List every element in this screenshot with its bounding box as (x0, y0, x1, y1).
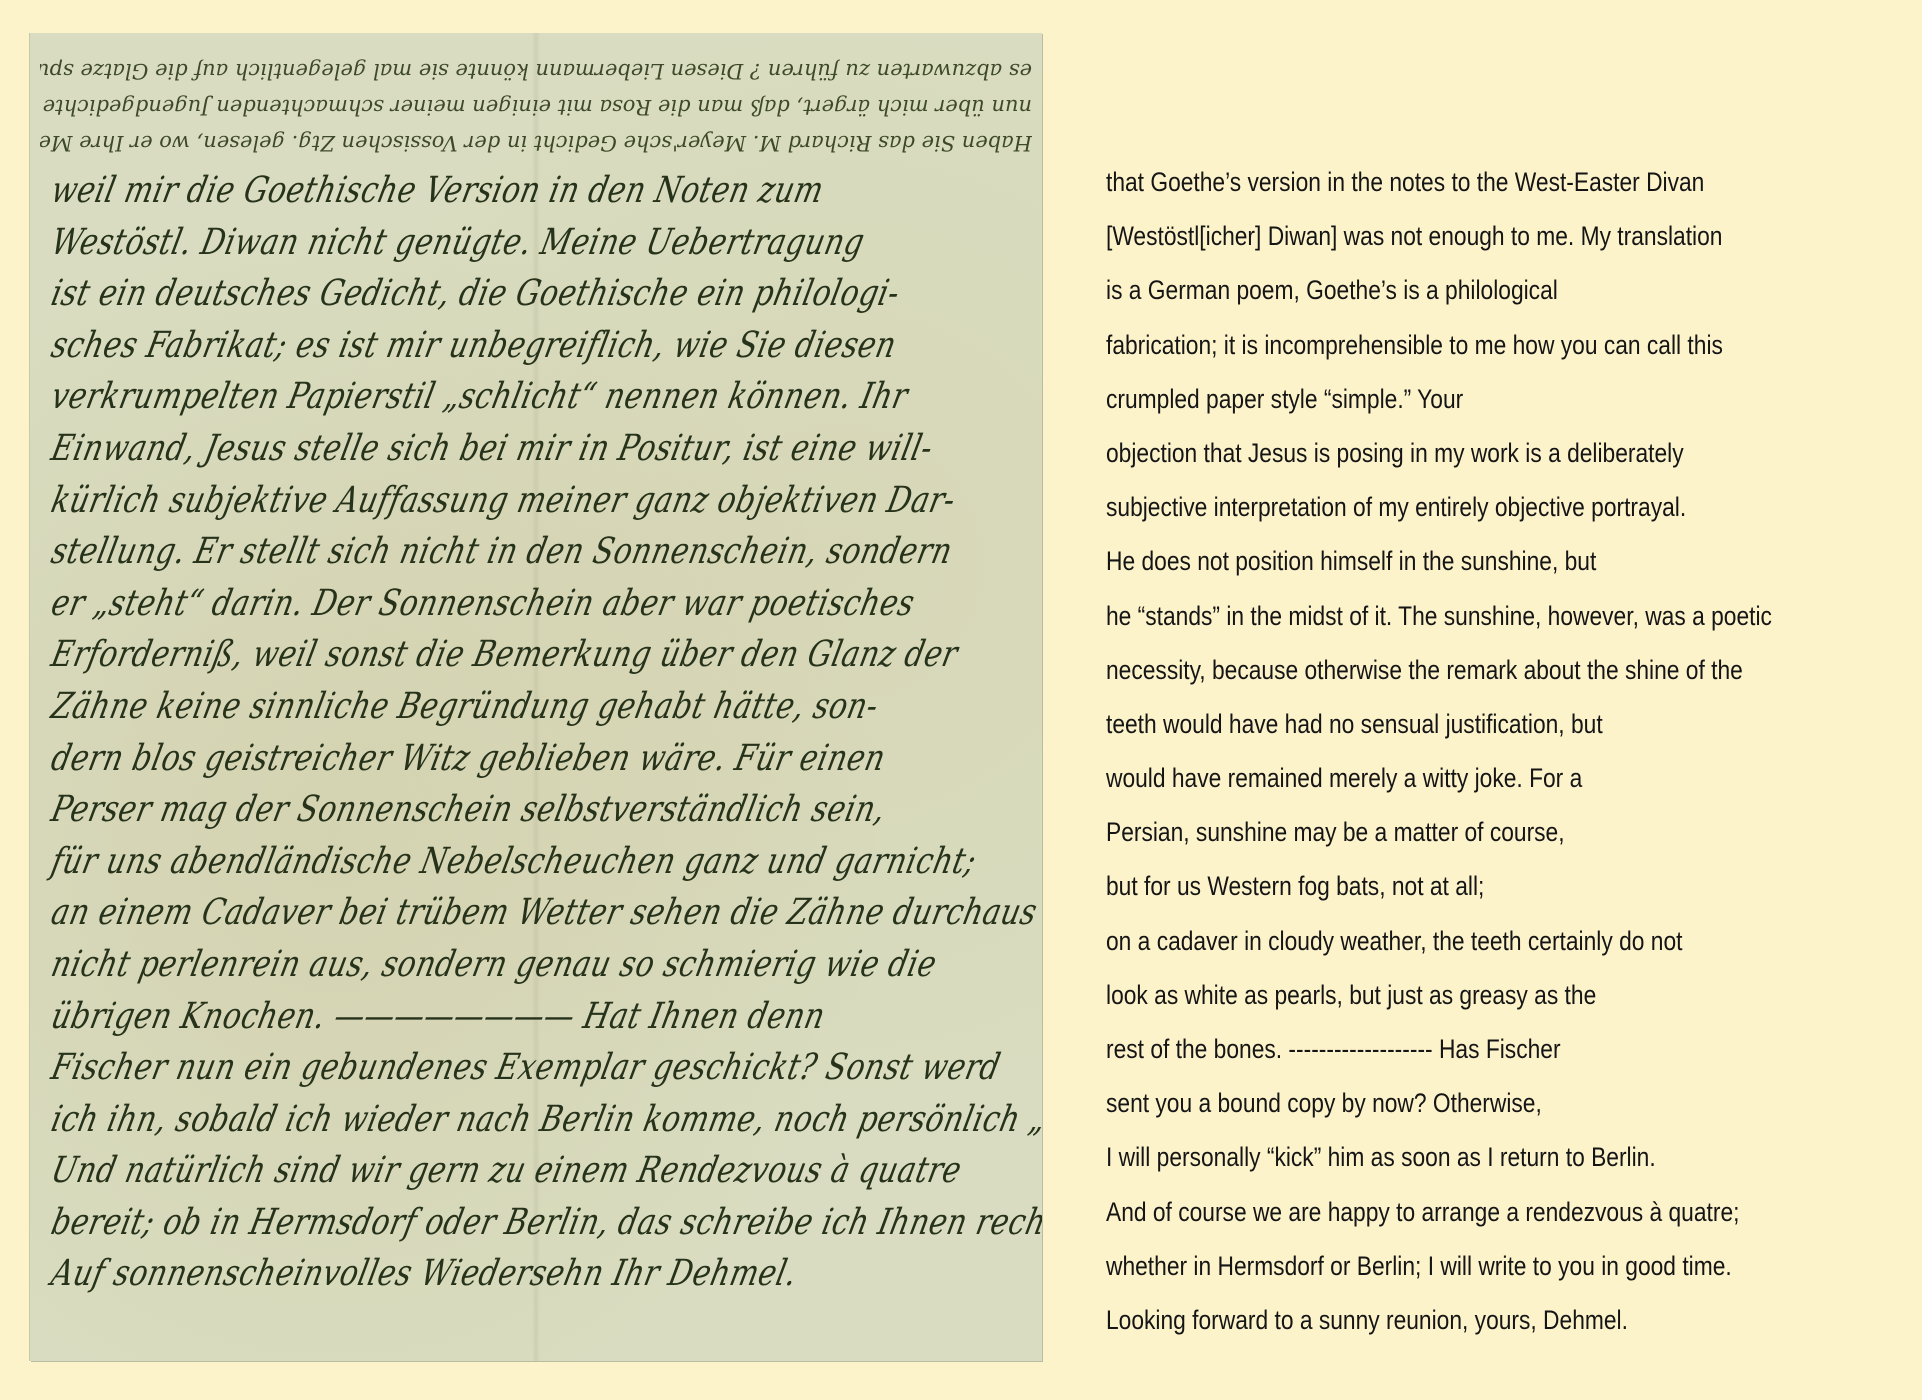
handwritten-line: an einem Cadaver bei trübem Wetter sehen… (47, 887, 858, 939)
handwritten-line: nicht perlenrein aus, sondern genau so s… (47, 939, 858, 991)
handwritten-body: weil mir die Goethische Version in den N… (52, 165, 1028, 1300)
margin-note-line: es abzuwarten zu führen ? Diesen Lieberm… (40, 53, 1032, 89)
translation-line: teeth would have had no sensual justific… (1106, 702, 1794, 756)
translation-line: objection that Jesus is posing in my wor… (1106, 431, 1794, 485)
handwritten-line: ich ihn, sobald ich wieder nach Berlin k… (47, 1094, 858, 1146)
handwritten-line: Perser mag der Sonnenschein selbstverstä… (47, 784, 858, 836)
handwritten-line: für uns abendländische Nebelscheuchen ga… (47, 836, 858, 888)
translation-line: And of course we are happy to arrange a … (1106, 1190, 1794, 1244)
handwritten-line: bereit; ob in Hermsdorf oder Berlin, das… (47, 1197, 858, 1249)
translation-line: Persian, sunshine may be a matter of cou… (1106, 810, 1794, 864)
translation-line: on a cadaver in cloudy weather, the teet… (1106, 919, 1794, 973)
translation-line: but for us Western fog bats, not at all; (1106, 864, 1794, 918)
margin-note-line: Haben Sie das Richard M. Meyer'sche Gedi… (40, 125, 1032, 161)
handwritten-line: verkrumpelten Papierstil „schlicht“ nenn… (47, 371, 858, 423)
translation-signature-line: Looking forward to a sunny reunion, your… (1106, 1298, 1794, 1352)
translation-line: subjective interpretation of my entirely… (1106, 485, 1794, 539)
translation-line: whether in Hermsdorf or Berlin; I will w… (1106, 1244, 1794, 1298)
english-translation: that Goethe’s version in the notes to th… (1106, 160, 1906, 1352)
upside-down-margin-note: Haben Sie das Richard M. Meyer'sche Gedi… (40, 41, 1032, 161)
handwritten-line: weil mir die Goethische Version in den N… (47, 165, 858, 217)
translation-line: look as white as pearls, but just as gre… (1106, 973, 1794, 1027)
handwritten-line: ist ein deutsches Gedicht, die Goethisch… (47, 268, 858, 320)
handwritten-line: Fischer nun ein gebundenes Exemplar gesc… (47, 1042, 858, 1094)
translation-line: is a German poem, Goethe’s is a philolog… (1106, 268, 1794, 322)
translation-line: necessity, because otherwise the remark … (1106, 648, 1794, 702)
handwritten-line: er „steht“ darin. Der Sonnenschein aber … (47, 578, 858, 630)
translation-line: fabrication; it is incomprehensible to m… (1106, 323, 1794, 377)
translation-line: rest of the bones. ------------------- H… (1106, 1027, 1794, 1081)
handwritten-line: Und natürlich sind wir gern zu einem Ren… (47, 1145, 858, 1197)
translation-line: he “stands” in the midst of it. The suns… (1106, 594, 1794, 648)
translation-line: sent you a bound copy by now? Otherwise, (1106, 1081, 1794, 1135)
translation-line: I will personally “kick” him as soon as … (1106, 1135, 1794, 1189)
handwritten-signature-line: Auf sonnenscheinvolles Wiedersehn Ihr De… (47, 1248, 858, 1300)
handwritten-line: kürlich subjektive Auffassung meiner gan… (47, 475, 858, 527)
handwritten-line: Zähne keine sinnliche Begründung gehabt … (47, 681, 858, 733)
handwritten-line: Erforderniß, weil sonst die Bemerkung üb… (47, 629, 858, 681)
translation-line: would have remained merely a witty joke.… (1106, 756, 1794, 810)
handwritten-letter-image: Haben Sie das Richard M. Meyer'sche Gedi… (30, 33, 1042, 1361)
translation-line: He does not position himself in the suns… (1106, 539, 1794, 593)
handwritten-line: Einwand, Jesus stelle sich bei mir in Po… (47, 423, 858, 475)
handwritten-line: übrigen Knochen. ———————— Hat Ihnen denn (47, 991, 858, 1043)
handwritten-line: Westöstl. Diwan nicht genügte. Meine Ueb… (47, 217, 858, 269)
handwritten-line: stellung. Er stellt sich nicht in den So… (47, 526, 858, 578)
translation-line: crumpled paper style “simple.” Your (1106, 377, 1794, 431)
handwritten-line: sches Fabrikat; es ist mir unbegreiflich… (47, 320, 858, 372)
margin-note-line: nun über mich ärgert, daß man die Rosa m… (40, 89, 1032, 125)
translation-line: that Goethe’s version in the notes to th… (1106, 160, 1794, 214)
handwritten-line: dern blos geistreicher Witz geblieben wä… (47, 733, 858, 785)
translation-line: [Westöstl[icher] Diwan] was not enough t… (1106, 214, 1794, 268)
